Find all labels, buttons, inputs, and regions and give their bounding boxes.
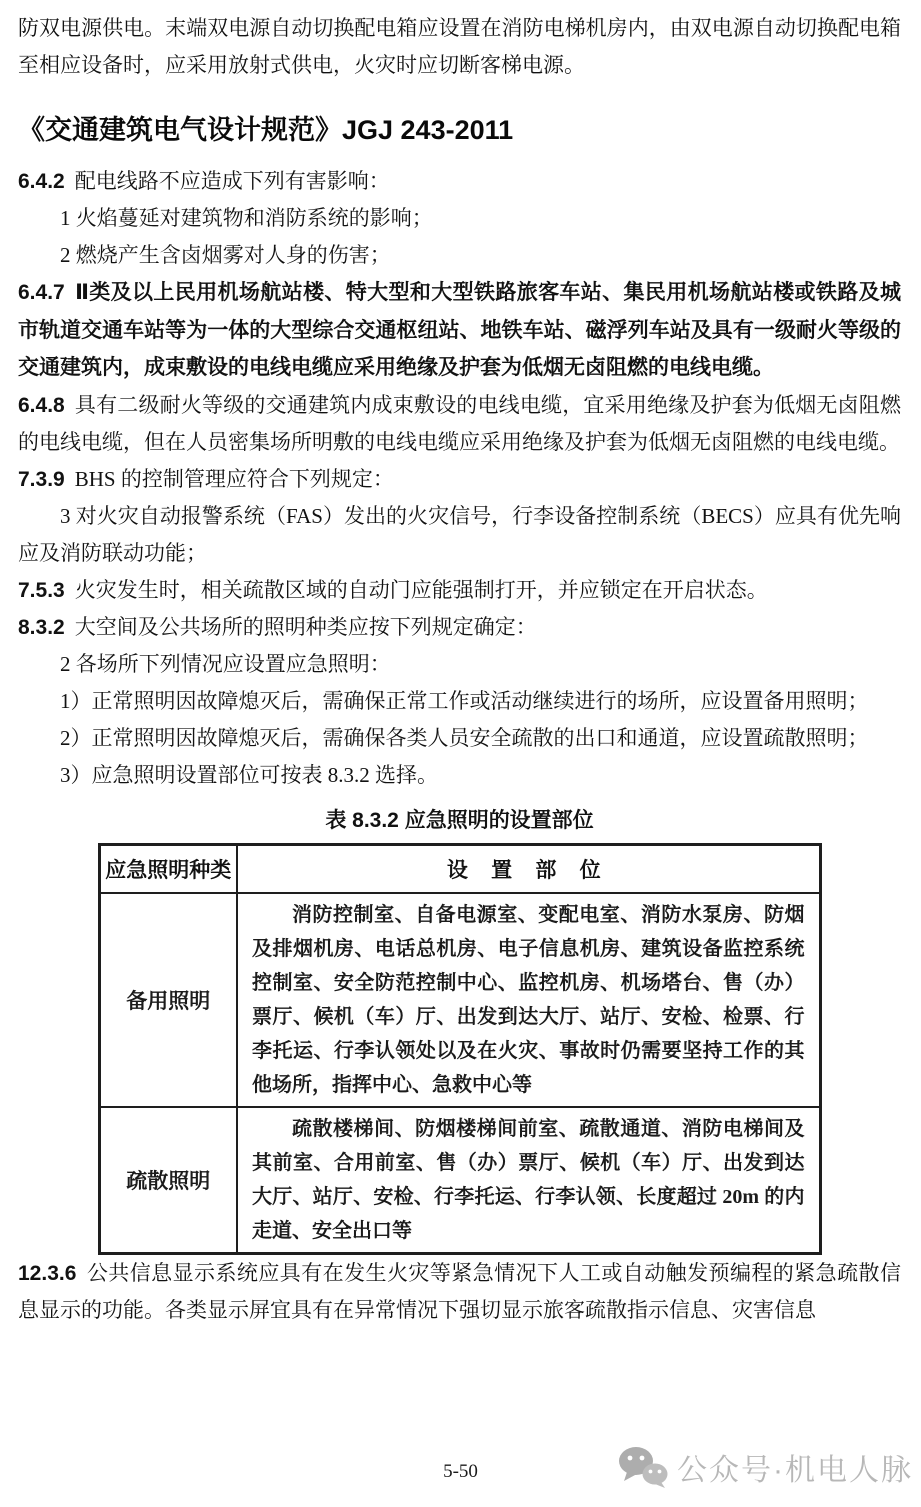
table-row: 备用照明 消防控制室、自备电源室、变配电室、消防水泵房、防烟及排烟机房、电话总机… xyxy=(99,893,820,1107)
lighting-type-cell: 备用照明 xyxy=(99,893,237,1107)
table-header-row: 应急照明种类 设 置 部 位 xyxy=(99,844,820,893)
table-title: 表 8.3.2 应急照明的设置部位 xyxy=(18,804,901,834)
clause-text: 公共信息显示系统应具有在发生火灾等紧急情况下人工或自动触发预编程的紧急疏散信息显… xyxy=(18,1261,901,1322)
clause-6-4-7: 6.4.7Ⅱ类及以上民用机场航站楼、特大型和大型铁路旅客车站、集民用机场航站楼或… xyxy=(18,274,901,387)
clause-text: 大空间及公共场所的照明种类应按下列规定确定： xyxy=(75,615,537,639)
clause-text: BHS 的控制管理应符合下列规定： xyxy=(75,467,394,491)
clause-number: 6.4.8 xyxy=(18,394,65,417)
wechat-icon xyxy=(617,1445,669,1489)
clause-7-5-3: 7.5.3火灾发生时，相关疏散区域的自动门应能强制打开，并应锁定在开启状态。 xyxy=(18,572,901,609)
clause-6-4-2: 6.4.2配电线路不应造成下列有害影响： xyxy=(18,163,901,200)
clause-8-3-2-item-2: 2 各场所下列情况应设置应急照明： xyxy=(18,646,901,683)
clause-number: 7.5.3 xyxy=(18,579,65,602)
clause-7-3-9: 7.3.9BHS 的控制管理应符合下列规定： xyxy=(18,461,901,498)
clause-8-3-2: 8.3.2大空间及公共场所的照明种类应按下列规定确定： xyxy=(18,609,901,646)
clause-12-3-6: 12.3.6公共信息显示系统应具有在发生火灾等紧急情况下人工或自动触发预编程的紧… xyxy=(18,1255,901,1329)
clause-number: 8.3.2 xyxy=(18,616,65,639)
intro-paragraph: 防双电源供电。末端双电源自动切换配电箱应设置在消防电梯机房内，由双电源自动切换配… xyxy=(18,10,901,84)
clause-6-4-2-item-1: 1 火焰蔓延对建筑物和消防系统的影响； xyxy=(18,200,901,237)
clause-8-3-2-subitem-2: 2）正常照明因故障熄灭后，需确保各类人员安全疏散的出口和通道，应设置疏散照明； xyxy=(18,720,901,757)
locations-cell: 疏散楼梯间、防烟楼梯间前室、疏散通道、消防电梯间及其前室、合用前室、售（办）票厅… xyxy=(237,1107,820,1254)
page-number: 5-50 xyxy=(443,1461,478,1483)
clause-number: 6.4.2 xyxy=(18,170,65,193)
emergency-lighting-table: 应急照明种类 设 置 部 位 备用照明 消防控制室、自备电源室、变配电室、消防水… xyxy=(98,843,822,1255)
clause-8-3-2-subitem-1: 1）正常照明因故障熄灭后，需确保正常工作或活动继续进行的场所，应设置备用照明； xyxy=(18,683,901,720)
standard-heading: 《交通建筑电气设计规范》JGJ 243-2011 xyxy=(18,108,901,147)
table-header-location: 设 置 部 位 xyxy=(237,844,820,893)
clause-text: 配电线路不应造成下列有害影响： xyxy=(75,169,390,193)
clause-8-3-2-subitem-3: 3）应急照明设置部位可按表 8.3.2 选择。 xyxy=(18,757,901,794)
page-footer: 5-50 公众号·机电人脉 xyxy=(0,1445,921,1507)
clause-7-3-9-item-3: 3 对火灾自动报警系统（FAS）发出的火灾信号，行李设备控制系统（BECS）应具… xyxy=(18,498,901,572)
clause-text: Ⅱ类及以上民用机场航站楼、特大型和大型铁路旅客车站、集民用机场航站楼或铁路及城市… xyxy=(18,281,901,379)
wechat-watermark: 公众号·机电人脉 xyxy=(617,1445,913,1489)
clause-number: 7.3.9 xyxy=(18,468,65,491)
table-row: 疏散照明 疏散楼梯间、防烟楼梯间前室、疏散通道、消防电梯间及其前室、合用前室、售… xyxy=(99,1107,820,1254)
locations-cell: 消防控制室、自备电源室、变配电室、消防水泵房、防烟及排烟机房、电话总机房、电子信… xyxy=(237,893,820,1107)
watermark-text: 公众号·机电人脉 xyxy=(677,1445,913,1489)
clause-text: 火灾发生时，相关疏散区域的自动门应能强制打开，并应锁定在开启状态。 xyxy=(75,578,768,602)
clause-text: 具有二级耐火等级的交通建筑内成束敷设的电线电缆，宜采用绝缘及护套为低烟无卤阻燃的… xyxy=(18,393,901,454)
table-header-type: 应急照明种类 xyxy=(99,844,237,893)
clause-number: 6.4.7 xyxy=(18,281,65,304)
lighting-type-cell: 疏散照明 xyxy=(99,1107,237,1254)
clause-6-4-8: 6.4.8具有二级耐火等级的交通建筑内成束敷设的电线电缆，宜采用绝缘及护套为低烟… xyxy=(18,387,901,461)
clause-6-4-2-item-2: 2 燃烧产生含卤烟雾对人身的伤害； xyxy=(18,237,901,274)
clause-number: 12.3.6 xyxy=(18,1262,76,1285)
document-page: 防双电源供电。末端双电源自动切换配电箱应设置在消防电梯机房内，由双电源自动切换配… xyxy=(0,0,921,1507)
